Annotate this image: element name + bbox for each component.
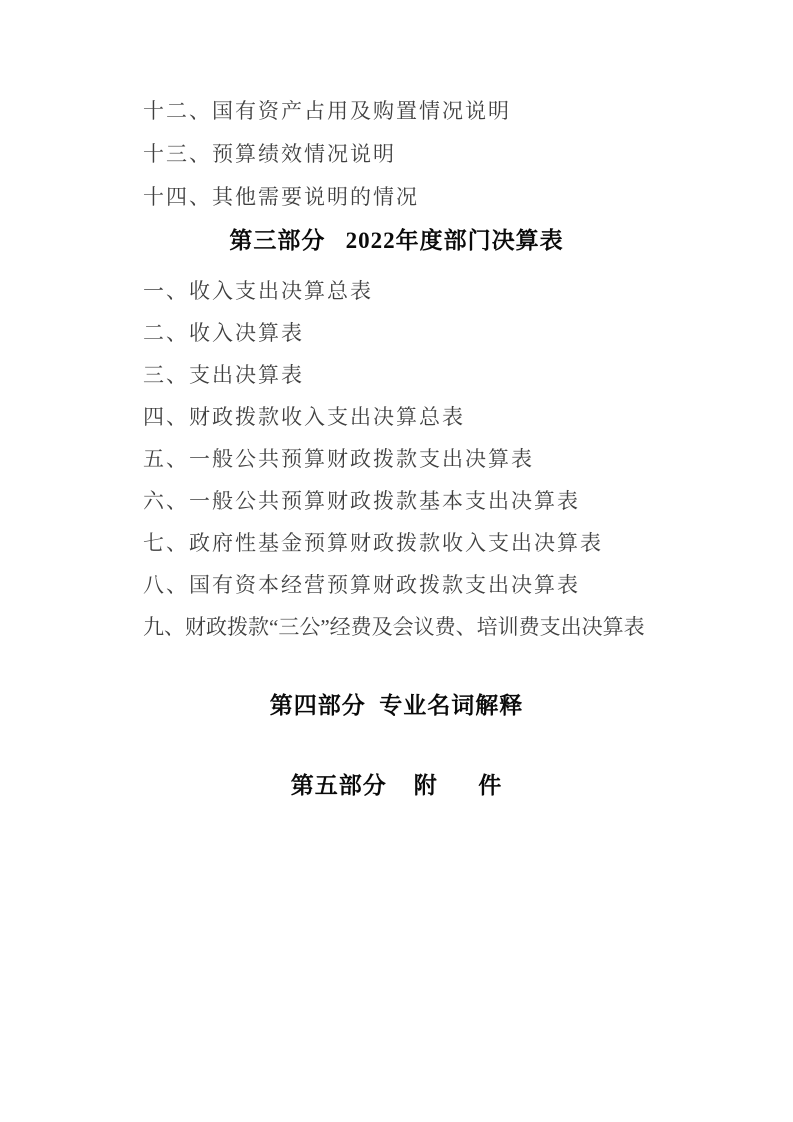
toc-item: 七、政府性基金预算财政拨款收入支出决算表 [143,533,603,554]
toc-item: 四、财政拨款收入支出决算总表 [143,407,465,428]
toc-item: 十四、其他需要说明的情况 [143,187,419,208]
toc-item: 二、收入决算表 [143,323,304,344]
toc-item: 六、一般公共预算财政拨款基本支出决算表 [143,491,580,512]
part4-heading: 第四部分 专业名词解释 [0,694,793,717]
document-page: 十二、国有资产占用及购置情况说明 十三、预算绩效情况说明 十四、其他需要说明的情… [0,0,793,1122]
toc-item: 十二、国有资产占用及购置情况说明 [143,101,511,122]
part3-heading: 第三部分 2022年度部门决算表 [0,229,793,252]
toc-item: 一、收入支出决算总表 [143,281,373,302]
part5-heading: 第五部分 附 件 [0,774,793,797]
toc-item: 九、财政拨款“三公”经费及会议费、培训费支出决算表 [143,617,645,638]
toc-item: 八、国有资本经营预算财政拨款支出决算表 [143,575,580,596]
toc-item: 三、支出决算表 [143,365,304,386]
toc-item: 十三、预算绩效情况说明 [143,144,396,165]
toc-item: 五、一般公共预算财政拨款支出决算表 [143,449,534,470]
